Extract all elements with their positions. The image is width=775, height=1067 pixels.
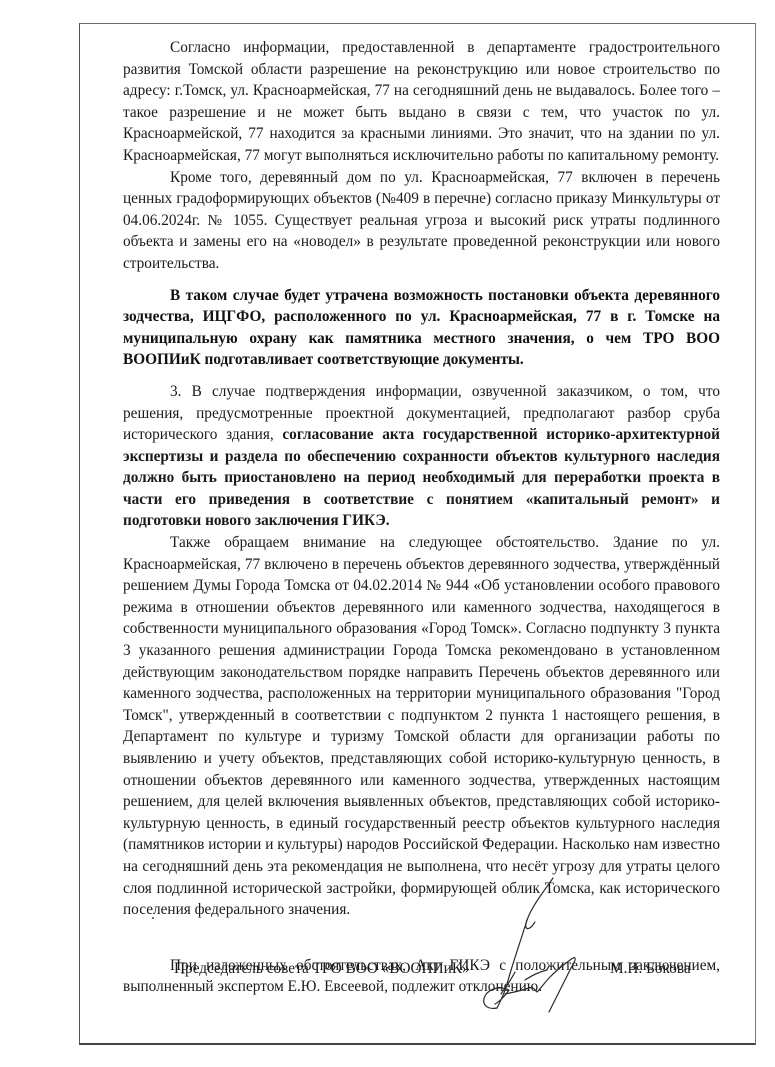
scan-speck bbox=[152, 917, 154, 919]
paragraph-point-3: 3. В случае подтверждения информации, оз… bbox=[123, 381, 720, 532]
signatory-title: Председатель совета ТРО ВОО «ВООПИиК» bbox=[174, 960, 470, 978]
paragraph-building-permit: Согласно информации, предоставленной в д… bbox=[123, 37, 720, 167]
paragraph-valuable-objects-list: Кроме того, деревянный дом по ул. Красно… bbox=[123, 167, 720, 275]
signatory-name: М.Н. Бокова bbox=[610, 960, 691, 978]
paragraph-municipal-protection: В таком случае будет утрачена возможност… bbox=[123, 285, 720, 371]
paragraph-duma-decision: Также обращаем внимание на следующее обс… bbox=[123, 532, 720, 921]
document-page: Согласно информации, предоставленной в д… bbox=[79, 23, 756, 1045]
document-body: Согласно информации, предоставленной в д… bbox=[123, 37, 720, 998]
signature-block: Председатель совета ТРО ВОО «ВООПИиК» М.… bbox=[80, 956, 757, 1026]
handwritten-signature-icon bbox=[475, 876, 595, 1016]
